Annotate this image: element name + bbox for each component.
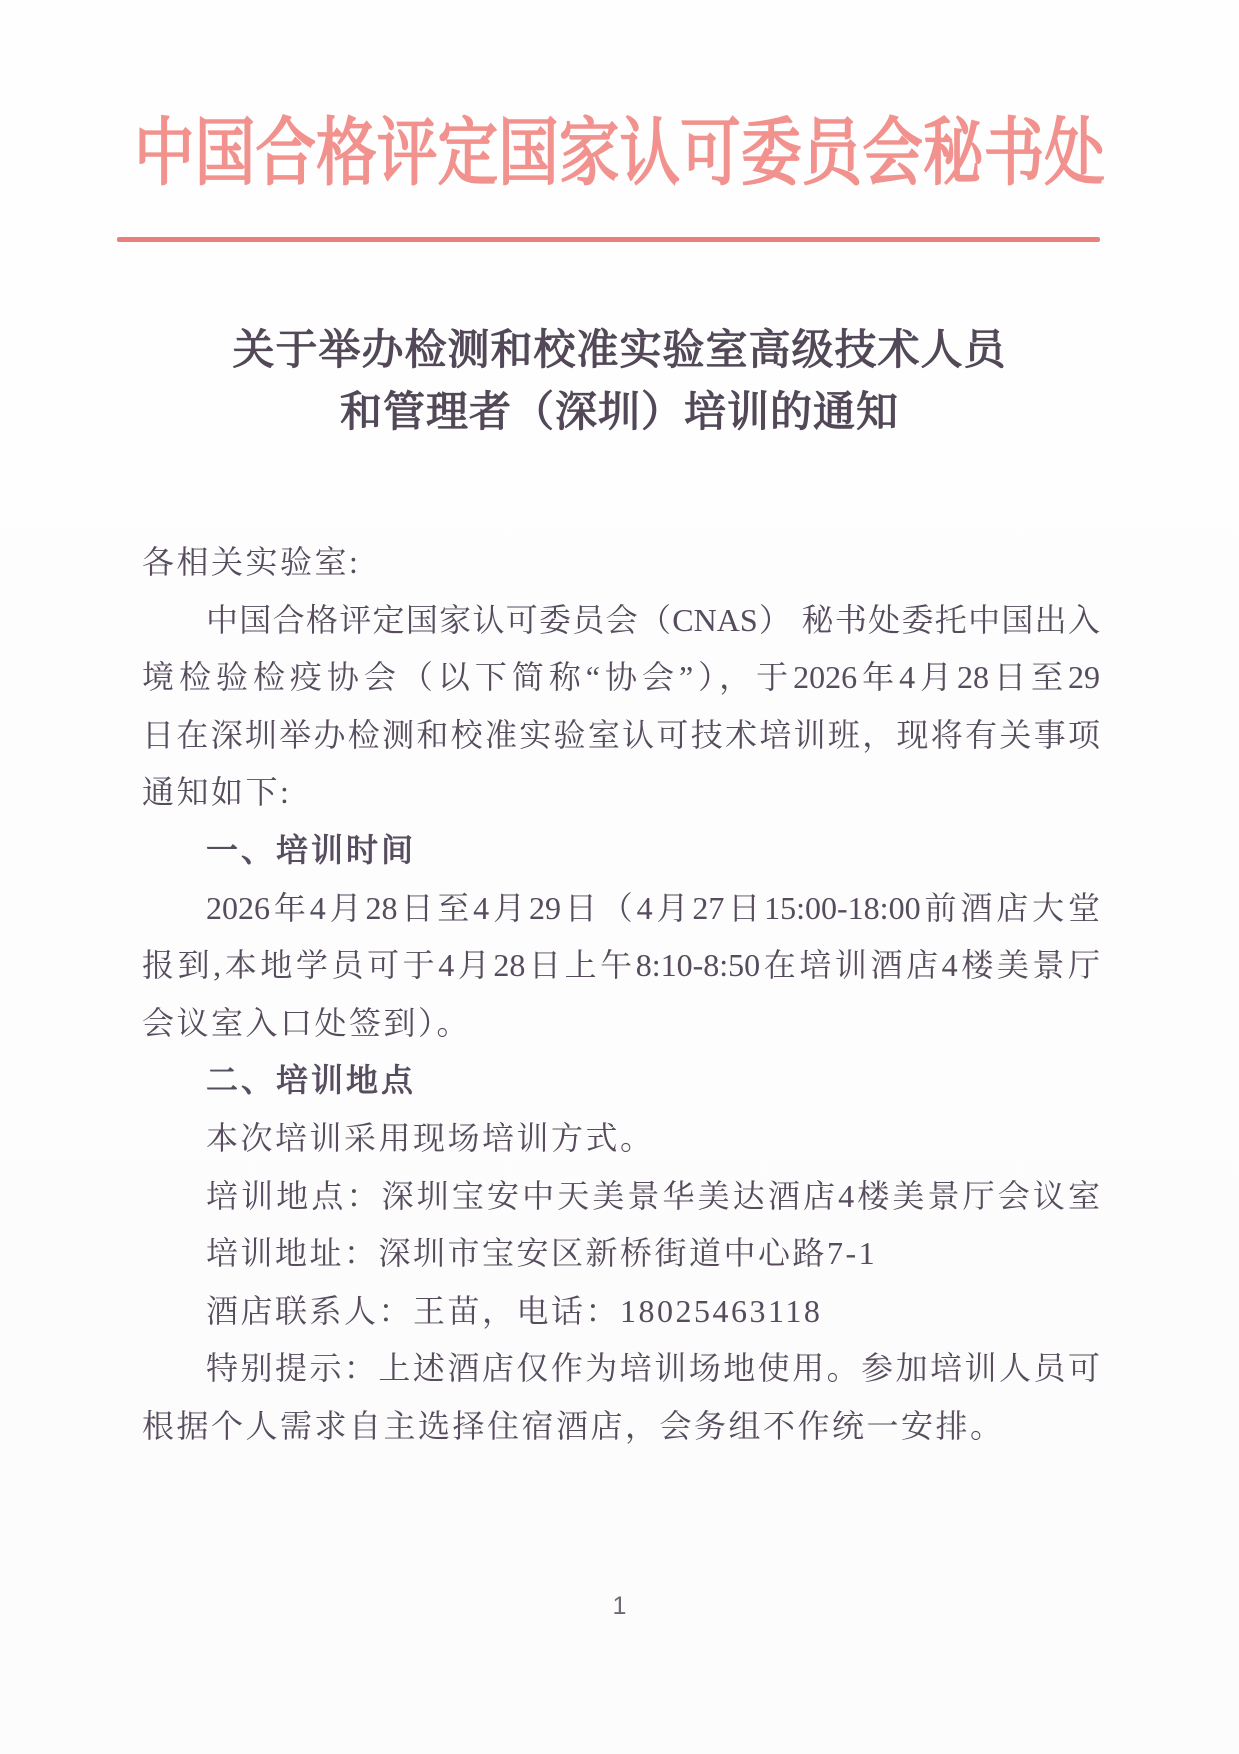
document-page: 中国合格评定国家认可委员会秘书处 关于举办检测和校准实验室高级技术人员 和管理者…	[0, 0, 1239, 1754]
letterhead-divider	[117, 237, 1100, 242]
document-line: 特别提示：上述酒店仅作为培训场地使用。参加培训人员可	[142, 1340, 1100, 1398]
document-line: 酒店联系人：王苗，电话：18025463118	[142, 1283, 1100, 1341]
document-line: 2026年4月28日至4月29日（4月27日15:00-18:00前酒店大堂	[142, 880, 1100, 938]
letterhead-org-name: 中国合格评定国家认可委员会秘书处	[112, 104, 1128, 204]
document-title: 关于举办检测和校准实验室高级技术人员 和管理者（深圳）培训的通知	[0, 320, 1239, 444]
document-line: 境检验检疫协会（以下简称“协会”），于2026年4月28日至29	[142, 649, 1100, 707]
document-line: 根据个人需求自主选择住宿酒店，会务组不作统一安排。	[142, 1398, 1100, 1456]
document-line: 会议室入口处签到）。	[142, 995, 1100, 1053]
section-heading: 一、培训时间	[142, 822, 1100, 880]
page-number: 1	[0, 1592, 1239, 1621]
document-line: 培训地点：深圳宝安中天美景华美达酒店4楼美景厅会议室	[142, 1168, 1100, 1226]
document-title-line-2: 和管理者（深圳）培训的通知	[0, 382, 1239, 444]
document-line: 各相关实验室:	[142, 534, 1100, 592]
document-body: 各相关实验室:中国合格评定国家认可委员会（CNAS） 秘书处委托中国出入境检验检…	[142, 534, 1100, 1456]
document-line: 通知如下:	[142, 764, 1100, 822]
document-title-line-1: 关于举办检测和校准实验室高级技术人员	[0, 320, 1239, 382]
document-line: 日在深圳举办检测和校准实验室认可技术培训班，现将有关事项	[142, 707, 1100, 765]
document-line: 中国合格评定国家认可委员会（CNAS） 秘书处委托中国出入	[142, 592, 1100, 650]
document-line: 培训地址：深圳市宝安区新桥街道中心路7-1	[142, 1225, 1100, 1283]
document-line: 报到,本地学员可于4月28日上午8:10-8:50在培训酒店4楼美景厅	[142, 937, 1100, 995]
document-line: 本次培训采用现场培训方式。	[142, 1110, 1100, 1168]
section-heading: 二、培训地点	[142, 1052, 1100, 1110]
